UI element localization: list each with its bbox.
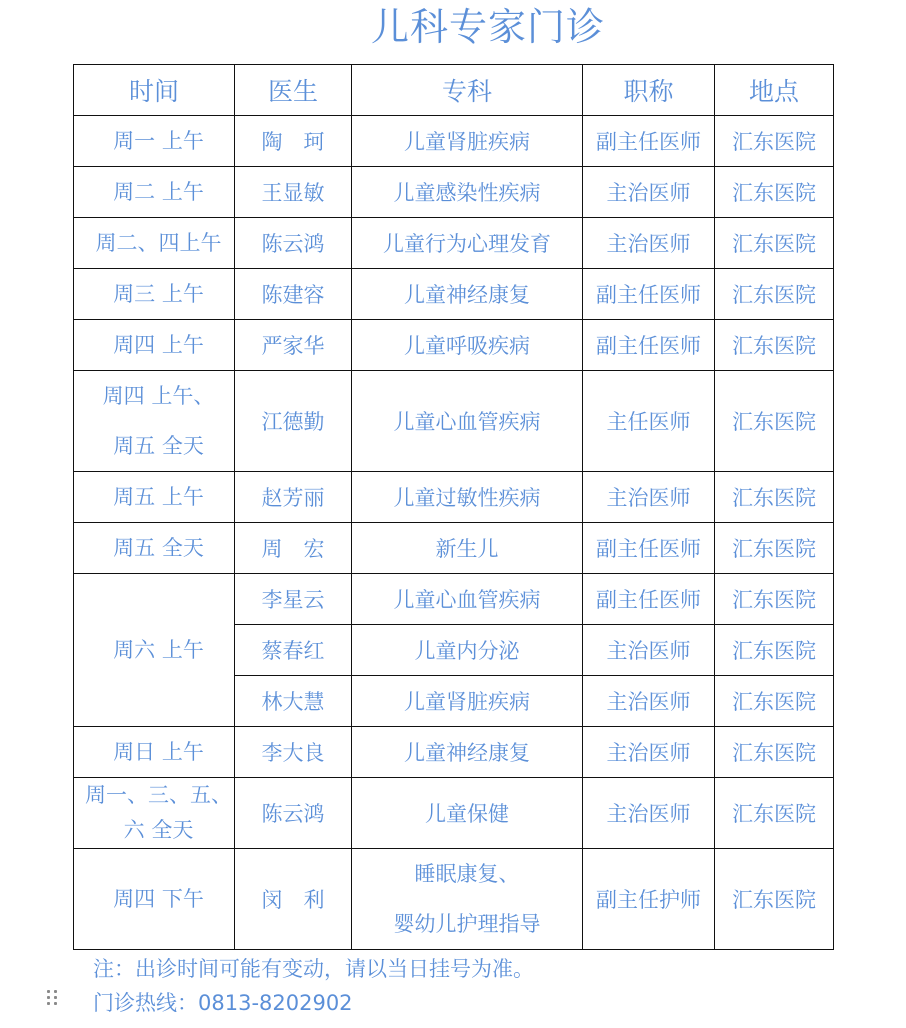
cell-location: 汇东医院 [715, 778, 834, 849]
cell-doctor: 李大良 [235, 727, 352, 778]
cell-time: 周五 全天 [74, 523, 235, 574]
cell-location: 汇东医院 [715, 218, 834, 269]
cell-location: 汇东医院 [715, 116, 834, 167]
cell-doctor: 赵芳丽 [235, 472, 352, 523]
cell-time: 周四 下午 [74, 849, 235, 950]
cell-location: 汇东医院 [715, 676, 834, 727]
cell-time: 周一 上午 [74, 116, 235, 167]
cell-rank: 主治医师 [583, 727, 715, 778]
header-specialty: 专科 [352, 65, 583, 116]
cell-time: 周六 上午 [74, 574, 235, 727]
cell-rank: 副主任医师 [583, 269, 715, 320]
cell-specialty: 儿童保健 [352, 778, 583, 849]
cell-rank: 主治医师 [583, 625, 715, 676]
cell-specialty: 儿童神经康复 [352, 727, 583, 778]
header-rank: 职称 [583, 65, 715, 116]
schedule-table: 时间 医生 专科 职称 地点 周一 上午 陶 珂 儿童肾脏疾病 副主任医师 汇东… [73, 64, 834, 950]
cell-rank: 副主任医师 [583, 574, 715, 625]
cell-time: 周二 上午 [74, 167, 235, 218]
cell-rank: 副主任医师 [583, 116, 715, 167]
cell-time-line1: 周一、三、五、 [83, 778, 234, 813]
note-text: 注：出诊时间可能有变动，请以当日挂号为准。 [93, 952, 534, 986]
table-row: 周日 上午 李大良 儿童神经康复 主治医师 汇东医院 [74, 727, 834, 778]
cell-specialty: 新生儿 [352, 523, 583, 574]
table-row: 周五 全天 周 宏 新生儿 副主任医师 汇东医院 [74, 523, 834, 574]
cell-doctor: 陈云鸿 [235, 218, 352, 269]
table-row: 周二、四上午 陈云鸿 儿童行为心理发育 主治医师 汇东医院 [74, 218, 834, 269]
table-row: 周四 上午 严家华 儿童呼吸疾病 副主任医师 汇东医院 [74, 320, 834, 371]
cell-rank: 副主任医师 [583, 523, 715, 574]
cell-rank: 主治医师 [583, 778, 715, 849]
cell-time: 周五 上午 [74, 472, 235, 523]
cell-doctor: 陶 珂 [235, 116, 352, 167]
cell-rank: 主治医师 [583, 676, 715, 727]
cell-specialty: 儿童肾脏疾病 [352, 676, 583, 727]
cell-specialty: 儿童过敏性疾病 [352, 472, 583, 523]
cell-time: 周四 上午 [74, 320, 235, 371]
table-row: 周一、三、五、 六 全天 陈云鸿 儿童保健 主治医师 汇东医院 [74, 778, 834, 849]
cell-doctor: 王显敏 [235, 167, 352, 218]
cell-location: 汇东医院 [715, 371, 834, 472]
cell-time-line1: 周四 上午、 [83, 371, 234, 421]
cell-rank: 主任医师 [583, 371, 715, 472]
cell-specialty: 睡眠康复、 婴幼儿护理指导 [352, 849, 583, 950]
table-row: 周三 上午 陈建容 儿童神经康复 副主任医师 汇东医院 [74, 269, 834, 320]
cell-specialty: 儿童神经康复 [352, 269, 583, 320]
cell-location: 汇东医院 [715, 625, 834, 676]
cell-specialty: 儿童感染性疾病 [352, 167, 583, 218]
cell-location: 汇东医院 [715, 727, 834, 778]
cell-rank: 主治医师 [583, 218, 715, 269]
cell-location: 汇东医院 [715, 523, 834, 574]
cell-location: 汇东医院 [715, 574, 834, 625]
cell-time: 周一、三、五、 六 全天 [74, 778, 235, 849]
cell-doctor: 江德勤 [235, 371, 352, 472]
cell-specialty-line1: 睡眠康复、 [352, 849, 582, 899]
cell-time-line2: 周五 全天 [83, 421, 234, 471]
cell-location: 汇东医院 [715, 269, 834, 320]
header-doctor: 医生 [235, 65, 352, 116]
cell-rank: 主治医师 [583, 167, 715, 218]
cell-doctor: 林大慧 [235, 676, 352, 727]
cell-time-line2: 六 全天 [83, 813, 234, 848]
drag-handle-icon[interactable] [47, 990, 59, 1006]
cell-specialty: 儿童心血管疾病 [352, 371, 583, 472]
cell-rank: 主治医师 [583, 472, 715, 523]
table-row: 周一 上午 陶 珂 儿童肾脏疾病 副主任医师 汇东医院 [74, 116, 834, 167]
page-title: 儿科专家门诊 [0, 2, 906, 52]
cell-doctor: 周 宏 [235, 523, 352, 574]
cell-time: 周三 上午 [74, 269, 235, 320]
header-time: 时间 [74, 65, 235, 116]
cell-location: 汇东医院 [715, 849, 834, 950]
cell-doctor: 陈云鸿 [235, 778, 352, 849]
cell-specialty: 儿童内分泌 [352, 625, 583, 676]
header-location: 地点 [715, 65, 834, 116]
cell-doctor: 李星云 [235, 574, 352, 625]
table-row: 周六 上午 李星云 儿童心血管疾病 副主任医师 汇东医院 [74, 574, 834, 625]
cell-location: 汇东医院 [715, 167, 834, 218]
hotline-text: 门诊热线：0813-8202902 [93, 986, 534, 1020]
cell-location: 汇东医院 [715, 472, 834, 523]
cell-specialty: 儿童行为心理发育 [352, 218, 583, 269]
cell-doctor: 陈建容 [235, 269, 352, 320]
cell-rank: 副主任护师 [583, 849, 715, 950]
table-row: 周二 上午 王显敏 儿童感染性疾病 主治医师 汇东医院 [74, 167, 834, 218]
table-row: 周四 上午、 周五 全天 江德勤 儿童心血管疾病 主任医师 汇东医院 [74, 371, 834, 472]
cell-specialty: 儿童肾脏疾病 [352, 116, 583, 167]
cell-time: 周二、四上午 [74, 218, 235, 269]
cell-rank: 副主任医师 [583, 320, 715, 371]
table-row: 周四 下午 闵 利 睡眠康复、 婴幼儿护理指导 副主任护师 汇东医院 [74, 849, 834, 950]
cell-doctor: 闵 利 [235, 849, 352, 950]
table-row: 周五 上午 赵芳丽 儿童过敏性疾病 主治医师 汇东医院 [74, 472, 834, 523]
table-header-row: 时间 医生 专科 职称 地点 [74, 65, 834, 116]
cell-time: 周四 上午、 周五 全天 [74, 371, 235, 472]
notes: 注：出诊时间可能有变动，请以当日挂号为准。 门诊热线：0813-8202902 [93, 952, 534, 1020]
cell-specialty-line2: 婴幼儿护理指导 [352, 899, 582, 949]
cell-doctor: 蔡春红 [235, 625, 352, 676]
cell-time: 周日 上午 [74, 727, 235, 778]
cell-location: 汇东医院 [715, 320, 834, 371]
cell-doctor: 严家华 [235, 320, 352, 371]
cell-specialty: 儿童心血管疾病 [352, 574, 583, 625]
cell-specialty: 儿童呼吸疾病 [352, 320, 583, 371]
